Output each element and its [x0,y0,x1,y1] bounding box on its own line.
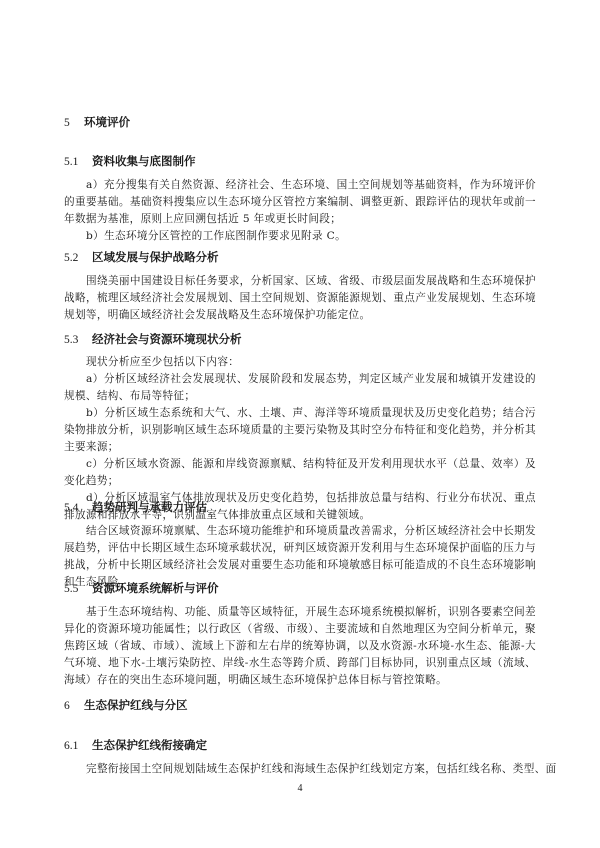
section-body-5-1: a）充分搜集有关自然资源、经济社会、生态环境、国土空间规划等基础资料，作为环境评… [64,177,536,245]
section-heading-5: 5环境评价 [64,114,130,131]
section-heading-5-2: 5.2区域发展与保护战略分析 [64,249,219,266]
section-heading-5-1: 5.1资料收集与底图制作 [64,153,196,170]
section-title: 生态保护红线衔接确定 [92,738,207,752]
section-body-6-1: 完整衔接国土空间规划陆域生态保护红线和海域生态保护红线划定方案，包括红线名称、类… [64,761,536,778]
section-number: 6.1 [64,738,92,754]
paragraph: b）分析区域生态系统和大气、水、土壤、声、海洋等环境质量现状及历史变化趋势；结合… [64,405,536,456]
section-number: 5.5 [64,581,92,597]
document-page: 5环境评价 5.1资料收集与底图制作 a）充分搜集有关自然资源、经济社会、生态环… [0,0,600,848]
section-heading-5-5: 5.5资源环境系统解析与评价 [64,580,219,597]
section-body-5-2: 围绕美丽中国建设目标任务要求，分析国家、区域、省级、市级层面发展战略和生态环境保… [64,273,536,324]
section-body-5-5: 基于生态环境结构、功能、质量等区域特征，开展生态环境系统模拟解析，识别各要素空间… [64,604,536,689]
paragraph: 基于生态环境结构、功能、质量等区域特征，开展生态环境系统模拟解析，识别各要素空间… [64,604,536,689]
section-number: 5.3 [64,332,92,348]
section-number: 5 [64,115,84,131]
section-heading-5-3: 5.3经济社会与资源环境现状分析 [64,331,242,348]
section-heading-5-4: 5.4趋势研判与承载力评估 [64,499,207,516]
section-title: 环境评价 [84,115,130,129]
page-number: 4 [0,783,600,794]
section-title: 生态保护红线与分区 [84,698,188,712]
paragraph: c）分析区域水资源、能源和岸线资源禀赋、结构特征及开发利用现状水平（总量、效率）… [64,456,536,490]
section-title: 区域发展与保护战略分析 [92,250,219,264]
paragraph: 完整衔接国土空间规划陆域生态保护红线和海域生态保护红线划定方案，包括红线名称、类… [64,761,536,778]
section-number: 5.2 [64,250,92,266]
section-heading-6-1: 6.1生态保护红线衔接确定 [64,737,207,754]
section-title: 资料收集与底图制作 [92,154,196,168]
section-number: 6 [64,698,84,714]
section-title: 资源环境系统解析与评价 [92,581,219,595]
paragraph: a）充分搜集有关自然资源、经济社会、生态环境、国土空间规划等基础资料，作为环境评… [64,177,536,228]
paragraph: b）生态环境分区管控的工作底图制作要求见附录 C。 [64,228,536,245]
section-title: 经济社会与资源环境现状分析 [92,332,242,346]
section-number: 5.4 [64,500,92,516]
paragraph: a）分析区域经济社会发展现状、发展阶段和发展态势，判定区域产业发展和城镇开发建设… [64,371,536,405]
section-heading-6: 6生态保护红线与分区 [64,697,188,714]
section-title: 趋势研判与承载力评估 [92,500,207,514]
section-number: 5.1 [64,154,92,170]
paragraph: 现状分析应至少包括以下内容： [64,354,536,371]
paragraph: 围绕美丽中国建设目标任务要求，分析国家、区域、省级、市级层面发展战略和生态环境保… [64,273,536,324]
